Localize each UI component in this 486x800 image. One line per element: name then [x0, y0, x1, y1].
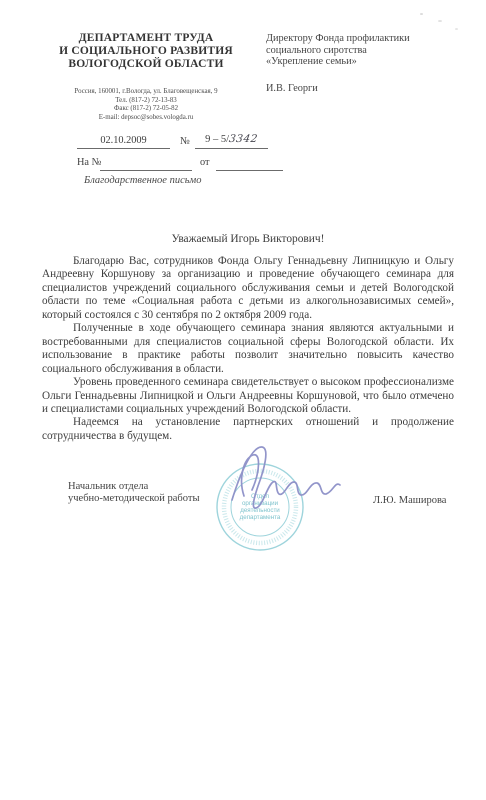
salutation: Уважаемый Игорь Викторович!: [42, 233, 454, 245]
letter-page: ДЕПАРТАМЕНТ ТРУДА И СОЦИАЛЬНОГО РАЗВИТИЯ…: [0, 0, 486, 800]
scan-artifact: [455, 28, 458, 30]
letterhead: ДЕПАРТАМЕНТ ТРУДА И СОЦИАЛЬНОГО РАЗВИТИЯ…: [28, 32, 264, 123]
addressee-line: социального сиротства: [266, 45, 461, 57]
paragraph: Полученные в ходе обучающего семинара зн…: [42, 322, 454, 376]
number-sign: №: [180, 136, 190, 147]
scan-artifact: [420, 13, 423, 15]
org-name-line: ДЕПАРТАМЕНТ ТРУДА: [28, 32, 264, 45]
letter-number: 9 – 5/3342: [195, 133, 268, 149]
reply-date-blank: [216, 157, 283, 171]
handwritten-signature: [216, 438, 342, 520]
org-name: ДЕПАРТАМЕНТ ТРУДА И СОЦИАЛЬНОГО РАЗВИТИЯ…: [28, 32, 264, 71]
letter-number-typed: 9 – 5/: [205, 134, 229, 145]
reply-from-label: от: [200, 157, 210, 168]
letter-body: Благодарю Вас, сотрудников Фонда Ольгу Г…: [42, 255, 454, 443]
letter-number-handwritten: 3342: [228, 133, 258, 145]
reply-to-number-blank: [100, 157, 192, 171]
scan-artifact: [438, 20, 442, 22]
paragraph: Уровень проведенного семинара свидетельс…: [42, 376, 454, 416]
letter-date: 02.10.2009: [77, 135, 170, 149]
org-address: Россия, 160001, г.Вологда, ул. Благовеще…: [28, 88, 264, 123]
addressee-name: И.В. Георги: [266, 83, 461, 95]
signer-position-line: Начальник отдела: [68, 481, 200, 493]
org-name-line: И СОЦИАЛЬНОГО РАЗВИТИЯ: [28, 45, 264, 58]
signer-name: Л.Ю. Маширова: [373, 495, 446, 506]
org-address-line: Факс (817-2) 72-05-82: [28, 105, 264, 114]
addressee-line: Директору Фонда профилактики: [266, 33, 461, 45]
signer-position: Начальник отдела учебно-методической раб…: [68, 481, 200, 505]
reply-to-label: На №: [77, 157, 101, 168]
addressee-line: «Укрепление семьи»: [266, 56, 461, 68]
paragraph: Благодарю Вас, сотрудников Фонда Ольгу Г…: [42, 255, 454, 322]
org-address-line: Тел. (817-2) 72-13-83: [28, 97, 264, 106]
org-address-line: E-mail: depsoc@sobes.vologda.ru: [28, 114, 264, 123]
signer-position-line: учебно-методической работы: [68, 493, 200, 505]
org-address-line: Россия, 160001, г.Вологда, ул. Благовеще…: [28, 88, 264, 97]
document-type: Благодарственное письмо: [84, 175, 201, 186]
org-name-line: ВОЛОГОДСКОЙ ОБЛАСТИ: [28, 58, 264, 71]
addressee-block: Директору Фонда профилактики социального…: [266, 33, 461, 95]
